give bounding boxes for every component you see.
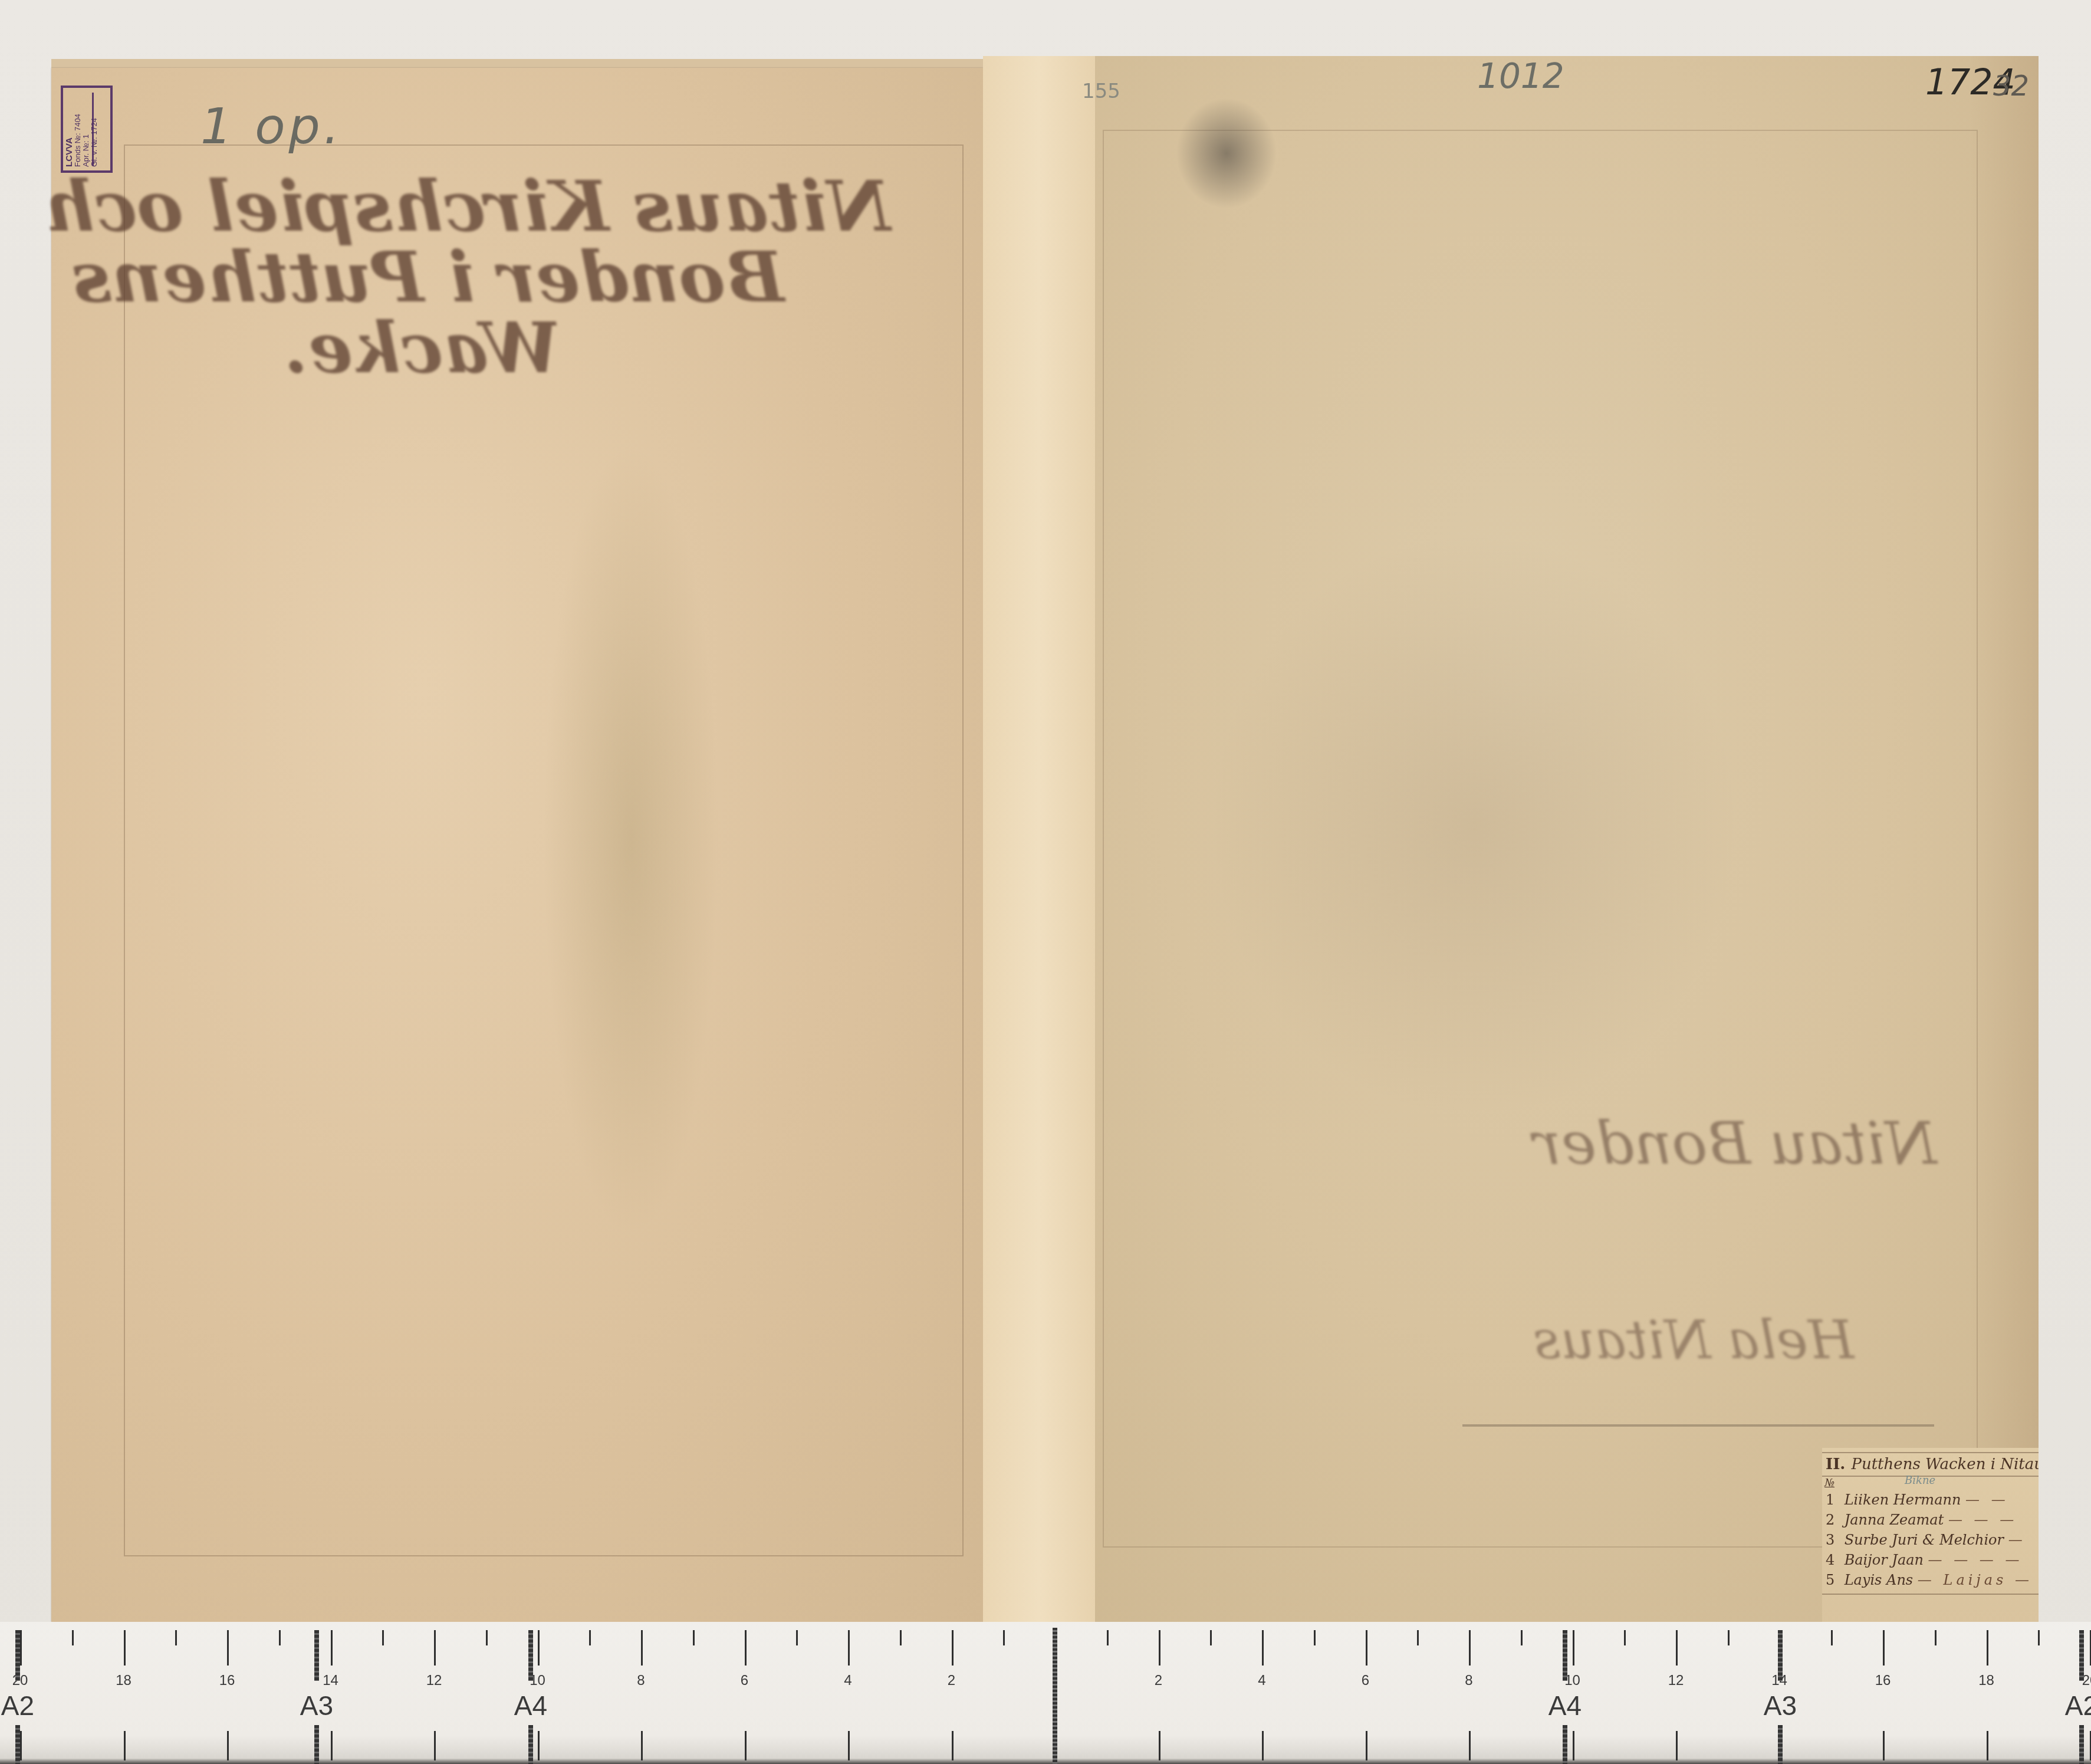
index-row: 1 Liiken Hermann — — — [1822, 1490, 2039, 1510]
ruler-tick-bottom — [20, 1731, 22, 1760]
ruler-tick-minor — [72, 1630, 74, 1645]
pencil-note-1012: 1012 — [1477, 56, 1564, 96]
ruler-label: 14 — [323, 1673, 338, 1689]
index-table: II.Putthens Wacken i Nitau № Bikne 1 Lii… — [1822, 1452, 2039, 1595]
paper-size-mark — [528, 1630, 533, 1681]
right-sheet-edge-band — [1970, 56, 2039, 1625]
bleed-through-rule — [1462, 1424, 1934, 1427]
paper-size-label: A3 — [1764, 1690, 1797, 1722]
index-table-header: II.Putthens Wacken i Nitau — [1822, 1452, 2039, 1477]
ruler-label: 18 — [116, 1673, 131, 1689]
stamp-apr: Apr. №: 1 — [82, 91, 90, 167]
ruler-tick — [641, 1630, 643, 1666]
paper-size-label: A4 — [514, 1690, 547, 1722]
ruler-tick-minor — [486, 1630, 488, 1645]
bleed-through-title-line-2: Bonder i Putthens — [212, 242, 890, 313]
ruler-tick-bottom — [1366, 1731, 1367, 1760]
ruler-label: 4 — [844, 1673, 851, 1689]
pencil-note-op: 1 op. — [200, 97, 343, 155]
ruler-tick-minor — [1935, 1630, 1937, 1645]
paper-size-mark-bottom — [528, 1725, 533, 1764]
ruler-tick — [848, 1630, 850, 1666]
ruler-tick — [1987, 1630, 1988, 1666]
ruler-label: 12 — [1668, 1673, 1684, 1689]
ruler-tick-bottom — [952, 1731, 954, 1760]
ruler-tick-minor — [1003, 1630, 1005, 1645]
pencil-note-32: 32 — [1993, 70, 2029, 103]
ruler-tick — [1262, 1630, 1264, 1666]
bleed-through-title-line-1: Nitaus Kirchspiel och — [212, 171, 890, 242]
ruler-tick — [227, 1630, 229, 1666]
ruler-tick-bottom — [1676, 1731, 1678, 1760]
ruler-tick-minor — [1417, 1630, 1419, 1645]
paper-size-mark-bottom — [15, 1725, 20, 1764]
ruler-tick-bottom — [1573, 1731, 1574, 1760]
ruler-tick-bottom — [227, 1731, 229, 1760]
ruler-tick — [331, 1630, 333, 1666]
water-stain — [543, 442, 719, 1239]
ruler-tick-minor — [1521, 1630, 1523, 1645]
ruler-tick-minor — [1728, 1630, 1730, 1645]
ruler-tick — [20, 1630, 22, 1666]
ruler-tick-bottom — [848, 1731, 850, 1760]
ruler-tick-bottom — [331, 1731, 333, 1760]
ruler-label: 6 — [741, 1673, 748, 1689]
ruler-tick-bottom — [1469, 1731, 1471, 1760]
ruler-tick — [952, 1630, 954, 1666]
paper-size-label: A4 — [1548, 1690, 1582, 1722]
paper-size-mark-bottom — [2079, 1725, 2084, 1764]
ruler-label: 2 — [1155, 1673, 1162, 1689]
joining-paper-strip — [983, 56, 1095, 1625]
ruler-tick — [434, 1630, 436, 1666]
ruler-tick-bottom — [1159, 1731, 1160, 1760]
paper-size-mark — [1563, 1630, 1567, 1681]
ruler-tick — [1366, 1630, 1367, 1666]
ruler-label: 8 — [1465, 1673, 1472, 1689]
paper-size-mark — [314, 1630, 319, 1681]
ruler-tick-bottom — [641, 1731, 643, 1760]
ruler-tick-bottom — [434, 1731, 436, 1760]
ruler-label: 4 — [1258, 1673, 1265, 1689]
ruler-label: 6 — [1362, 1673, 1369, 1689]
ruler-tick-minor — [1210, 1630, 1212, 1645]
ruler-tick — [124, 1630, 126, 1666]
ruler-label: 2 — [948, 1673, 955, 1689]
stamp-fonds-value: 7404 — [73, 114, 82, 131]
bleed-through-map-stain — [1209, 531, 1740, 1121]
paper-size-label: A2 — [1, 1690, 34, 1722]
bleed-through-caption-1: Nitau Bonder — [1533, 1109, 1937, 1178]
ruler-tick-minor — [693, 1630, 695, 1645]
ruler-tick — [1159, 1630, 1160, 1666]
index-row: 3 Surbe Juri & Melchior — — [1822, 1530, 2039, 1550]
ruler-tick-minor — [2038, 1630, 2040, 1645]
stamp-fonds: Fonds №: 7404 — [74, 91, 82, 167]
index-column-label: № — [1822, 1477, 1834, 1489]
bleed-through-title: Nitaus Kirchspiel och Bonder i Putthens … — [212, 171, 890, 383]
stamp-text: LCVVA Fonds №: 7404 Apr. №: 1 Gl. v. №: … — [63, 88, 110, 170]
ruler-tick — [745, 1630, 747, 1666]
index-header-title: Putthens Wacken i Nitau — [1851, 1456, 2039, 1473]
ruler-tick-bottom — [124, 1731, 126, 1760]
paper-size-label: A3 — [300, 1690, 333, 1722]
ruler-tick-minor — [1831, 1630, 1833, 1645]
ruler-center-mark — [1053, 1628, 1057, 1763]
ink-blot — [1168, 88, 1285, 218]
ruler-label: 18 — [1978, 1673, 1994, 1689]
ruler-tick-bottom — [1262, 1731, 1264, 1760]
stamp-apr-value: 1 — [81, 134, 90, 139]
pencil-note-strip-number: 155 — [1082, 80, 1120, 103]
paper-size-mark-bottom — [1778, 1725, 1783, 1764]
ruler-tick-bottom — [745, 1731, 747, 1760]
index-subheader: № Bikne — [1822, 1477, 2039, 1490]
index-row: 4 Baijor Jaan — — — — — [1822, 1550, 2039, 1570]
ruler-tick-minor — [796, 1630, 798, 1645]
ruler-label: 8 — [637, 1673, 645, 1689]
index-row: 5 Layis Ans — Laijas — — [1822, 1570, 2039, 1590]
ruler-tick-minor — [900, 1630, 902, 1645]
stamp-glv-value: 1724 — [90, 118, 98, 135]
ruler-label: 12 — [426, 1673, 442, 1689]
ruler-tick — [538, 1630, 540, 1666]
ruler-label: 16 — [219, 1673, 235, 1689]
index-table-footer-rule — [1822, 1594, 2039, 1595]
ruler-tick-minor — [589, 1630, 591, 1645]
ruler-tick-minor — [1107, 1630, 1109, 1645]
ruler-tick-minor — [1314, 1630, 1316, 1645]
ruler-tick-minor — [1624, 1630, 1626, 1645]
ruler-tick-bottom — [1987, 1731, 1988, 1760]
stamp-glv: Gl. v. №: 1724 — [90, 91, 98, 167]
paper-size-mark-bottom — [314, 1725, 319, 1764]
ruler-tick-minor — [382, 1630, 384, 1645]
index-pencil-subtitle: Bikne — [1905, 1474, 1935, 1487]
ruler-tick — [1469, 1630, 1471, 1666]
measurement-ruler: 2826242220181614121086422468101214161820… — [0, 1622, 2091, 1764]
ruler-label: 16 — [1875, 1673, 1891, 1689]
archive-stamp: LCVVA Fonds №: 7404 Apr. №: 1 Gl. v. №: … — [61, 86, 113, 173]
paper-size-mark — [1778, 1630, 1783, 1681]
ruler-tick-bottom — [538, 1731, 540, 1760]
index-row: 2 Janna Zeamat — — — — [1822, 1510, 2039, 1530]
ruler-tick-minor — [175, 1630, 177, 1645]
paper-size-label: A2 — [2065, 1690, 2091, 1722]
ruler-tick — [1676, 1630, 1678, 1666]
ruler-label: 20 — [12, 1673, 28, 1689]
ruler-tick-bottom — [1883, 1731, 1885, 1760]
ruler-tick — [1573, 1630, 1574, 1666]
stamp-institution: LCVVA — [65, 91, 74, 167]
paper-size-mark-bottom — [1563, 1725, 1567, 1764]
paper-size-mark — [15, 1630, 20, 1681]
paper-size-mark — [2079, 1630, 2084, 1681]
bleed-through-caption-2: Hela Nitaus — [1533, 1309, 1854, 1371]
ruler-tick — [1883, 1630, 1885, 1666]
bleed-through-title-line-3: Wacke. — [212, 313, 890, 383]
index-header-number: II. — [1826, 1456, 1845, 1473]
ruler-tick-minor — [279, 1630, 281, 1645]
